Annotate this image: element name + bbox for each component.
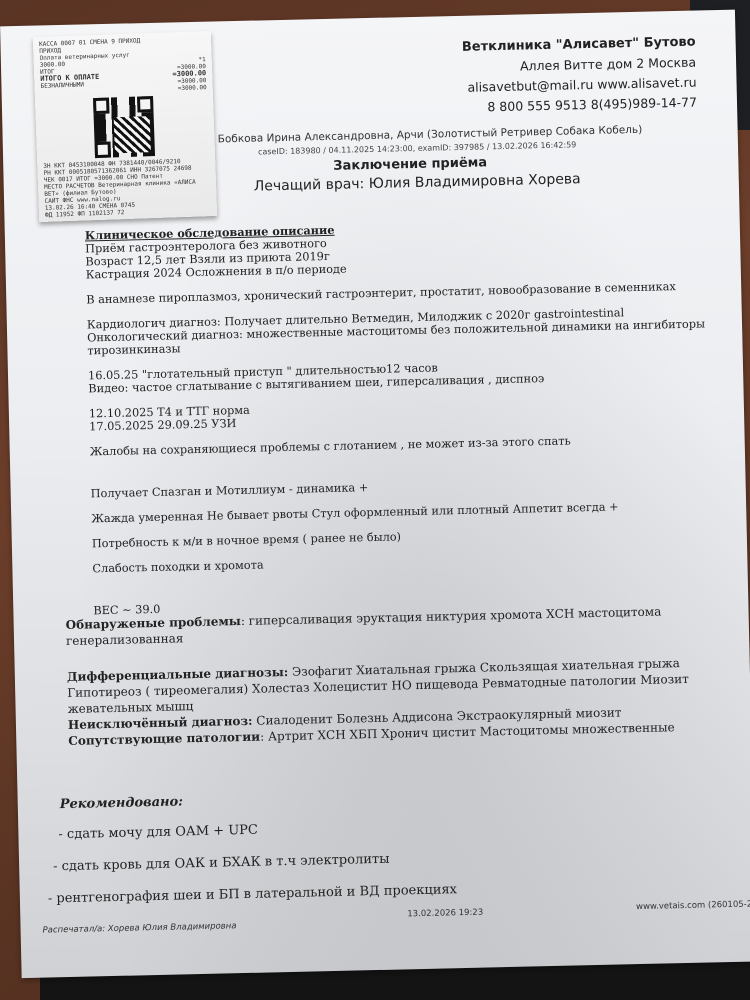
recommendation-item: - сдать кровь для ОАК и БХАК в т.ч элект… [53, 848, 547, 874]
recommendations: Рекомендовано: - сдать мочу для ОАМ + UP… [46, 786, 549, 923]
recommendations-title: Рекомендовано: [60, 786, 546, 812]
recommendation-item: - рентгенография шеи и БП в латеральной … [48, 880, 548, 906]
recommendation-item: - сдать мочу для ОАМ + UPC [58, 816, 546, 842]
vetais-link: www.vetais.com (260105-2 [636, 900, 750, 913]
attending-doctor: Лечащий врач: Юлия Владимировна Хорева [254, 171, 581, 194]
qr-code [93, 96, 155, 158]
exam-description: Клиническое обследование описание Приём … [85, 215, 714, 617]
print-date: 13.02.2026 19:23 [407, 908, 483, 920]
findings: Обнаруженые проблемы: гиперсаливация эру… [66, 602, 719, 749]
patient-owner-line: Бобкова Ирина Александровна, Арчи (Золот… [218, 124, 643, 146]
clinic-header: Ветклиника "Алисавет" Бутово Аллея Витте… [462, 33, 698, 118]
cash-receipt: КАССА 0007 01 СМЕНА 9 ПРИХОД ПРИХОД Опла… [33, 31, 217, 222]
document-title: Заключение приёма [333, 155, 487, 173]
printed-by: Распечатал/а: Хорева Юлия Владимировна [43, 921, 237, 935]
clinic-phones: 8 800 555 9513 8(495)989-14-77 [463, 93, 697, 118]
